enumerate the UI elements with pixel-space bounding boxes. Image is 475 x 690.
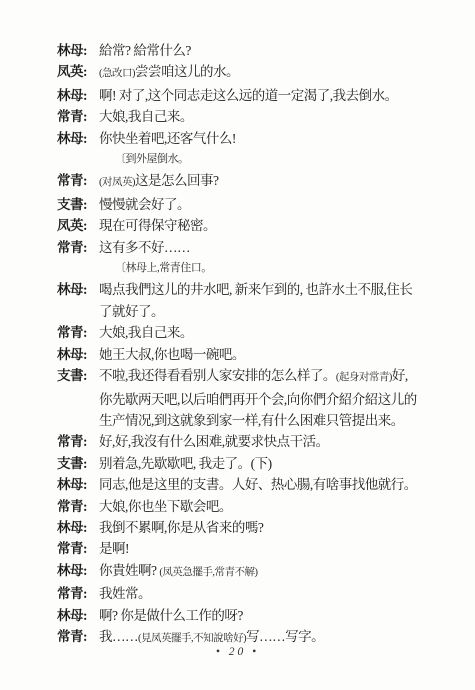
line-text: 大娘,你也坐下歇会吧。	[99, 496, 232, 517]
speaker-label: 常青:	[57, 431, 99, 452]
dialogue-segment: 你貴姓啊?	[99, 563, 159, 578]
line-text: 給常? 給常什么?	[99, 40, 191, 61]
dialogue-segment: 了就好了。	[99, 304, 164, 319]
line-text: 〔到外屋倒水。	[115, 149, 189, 170]
script-line: 林母: 同志,他是这里的支書。人好、热心腸,有啥事找他就行。	[57, 474, 461, 495]
script-line: 林母: 給常? 給常什么?	[57, 40, 461, 61]
line-text: 好,好,我沒有什么困难,就要求快点干活。	[99, 431, 329, 452]
dialogue-segment: 大娘,你也坐下歇会吧。	[99, 499, 232, 514]
line-text: 大娘,我自己来。	[99, 322, 193, 343]
line-text: 慢慢就会好了。	[99, 194, 190, 215]
line-text: 别着急,先歇歇吧, 我走了。(下)	[99, 453, 272, 474]
script-line: 常青: 是啊!	[57, 538, 461, 559]
dialogue-segment: 你先歇两天吧,以后咱們再开个会,向你們介紹介紹这儿的	[99, 392, 417, 407]
line-text: (急改口)尝尝咱这儿的水。	[99, 61, 239, 84]
line-text: 大娘,我自己来。	[99, 106, 193, 127]
line-text: 啊? 你是做什么工作的呀?	[99, 605, 243, 626]
script-line: 林母: 喝点我們这儿的井水吧, 新来乍到的, 也許水土不服,住长	[57, 279, 461, 300]
dialogue-segment: 啊? 你是做什么工作的呀?	[99, 608, 243, 623]
dialogue-segment: 写……写字。	[246, 629, 324, 644]
line-text: 現在可得保守秘密。	[99, 215, 216, 236]
line-text: 你貴姓啊? (凤英急擺手,常青不解)	[99, 560, 258, 583]
dialogue-segment: 大娘,我自己来。	[99, 325, 193, 340]
speaker-label: 常青:	[57, 322, 99, 343]
line-text: 喝点我們这儿的井水吧, 新来乍到的, 也許水土不服,住长	[99, 279, 412, 300]
dialogue-segment: 不啦,我还得看看别人家安排的怎么样了。	[99, 368, 336, 383]
line-text: 她王大叔,你也喝一碗吧。	[99, 344, 245, 365]
script-line: 常青: 好,好,我沒有什么困难,就要求快点干活。	[57, 431, 461, 452]
script-line: 凤英: 現在可得保守秘密。	[57, 215, 461, 236]
dialogue-segment: 啊! 对了,这个同志走这么远的道一定渴了,我去倒水。	[99, 88, 398, 103]
dialogue-segment: 是啊!	[99, 541, 129, 556]
script-line: 〔林母上,常青住口。	[57, 258, 461, 279]
dialogue-segment: 同志,他是这里的支書。人好、热心腸,有啥事找他就行。	[99, 477, 417, 492]
script-line: 林母: 她王大叔,你也喝一碗吧。	[57, 344, 461, 365]
speaker-label: 常青:	[57, 170, 99, 191]
script-line: 〔到外屋倒水。	[57, 149, 461, 170]
dialogue-segment: 慢慢就会好了。	[99, 197, 190, 212]
speaker-label: 支書:	[57, 453, 99, 474]
line-text: 〔林母上,常青住口。	[115, 258, 212, 279]
line-text: 同志,他是这里的支書。人好、热心腸,有啥事找他就行。	[99, 474, 417, 495]
speaker-label: 支書:	[57, 194, 99, 215]
line-text: 你先歇两天吧,以后咱們再开个会,向你們介紹介紹这儿的	[99, 389, 417, 410]
script-line: 常青: 大娘,我自己来。	[57, 322, 461, 343]
script-line: 林母: 我倒不累啊,你是从省来的嗎?	[57, 517, 461, 538]
line-text: 啊! 对了,这个同志走这么远的道一定渴了,我去倒水。	[99, 85, 398, 106]
speaker-label: 凤英:	[57, 61, 99, 82]
dialogue-segment: 現在可得保守秘密。	[99, 218, 216, 233]
speaker-label: 林母:	[57, 605, 99, 626]
speaker-label: 林母:	[57, 85, 99, 106]
speaker-label: 支書:	[57, 365, 99, 386]
script-line: 林母: 啊? 你是做什么工作的呀?	[57, 605, 461, 626]
script-lines: 林母: 給常? 給常什么? 凤英: (急改口)尝尝咱这儿的水。 林母: 啊! 对…	[57, 40, 461, 649]
line-text: 你快坐着吧,还客气什么!	[99, 128, 236, 149]
stage-note-inline: (凤英急擺手,常青不解)	[159, 567, 257, 578]
speaker-label: 常青:	[57, 106, 99, 127]
dialogue-segment: 你快坐着吧,还客气什么!	[99, 131, 236, 146]
speaker-label: 凤英:	[57, 215, 99, 236]
script-line: 了就好了。	[57, 301, 461, 322]
dialogue-segment: 她王大叔,你也喝一碗吧。	[99, 347, 245, 362]
dialogue-segment: 我姓常。	[99, 586, 151, 601]
script-line: 支書: 不啦,我还得看看别人家安排的怎么样了。(起身对常青)好,	[57, 365, 461, 388]
script-line: 常青: (对凤英)这是怎么回事?	[57, 170, 461, 193]
dialogue-segment: 喝点我們这儿的井水吧, 新来乍到的, 也許水土不服,住长	[99, 282, 412, 297]
stage-note-inline: (起身对常青)	[336, 372, 392, 383]
script-line: 林母: 你貴姓啊? (凤英急擺手,常青不解)	[57, 560, 461, 583]
line-text: (对凤英)这是怎么回事?	[99, 170, 219, 193]
speaker-label: 林母:	[57, 344, 99, 365]
dialogue-segment: 我倒不累啊,你是从省来的嗎?	[99, 520, 263, 535]
script-line: 你先歇两天吧,以后咱們再开个会,向你們介紹介紹这儿的	[57, 389, 461, 410]
speaker-label: 林母:	[57, 40, 99, 61]
line-text: 是啊!	[99, 538, 129, 559]
dialogue-segment: 好,好,我沒有什么困难,就要求快点干活。	[99, 434, 329, 449]
speaker-label: 常青:	[57, 538, 99, 559]
line-text: 我姓常。	[99, 583, 151, 604]
dialogue-segment: 这是怎么回事?	[135, 173, 219, 188]
speaker-label: 林母:	[57, 517, 99, 538]
dialogue-segment: 别着急,先歇歇吧, 我走了。(下)	[99, 456, 272, 471]
line-text: 这有多不好……	[99, 237, 190, 258]
line-text: 我倒不累啊,你是从省来的嗎?	[99, 517, 263, 538]
dialogue-segment: 大娘,我自己来。	[99, 109, 193, 124]
stage-note-inline: (見凤英擺手,不知說啥好)	[138, 633, 246, 644]
script-line: 林母: 啊! 对了,这个同志走这么远的道一定渴了,我去倒水。	[57, 85, 461, 106]
speaker-label: 常青:	[57, 496, 99, 517]
dialogue-segment: 生产情况,到这就象到家一样,有什么困难只管提出来。	[99, 413, 404, 428]
script-line: 凤英: (急改口)尝尝咱这儿的水。	[57, 61, 461, 84]
script-line: 生产情况,到这就象到家一样,有什么困难只管提出来。	[57, 410, 461, 431]
speaker-label: 林母:	[57, 279, 99, 300]
dialogue-segment: 〔林母上,常青住口。	[115, 262, 212, 274]
scanned-script-page: 林母: 給常? 給常什么? 凤英: (急改口)尝尝咱这儿的水。 林母: 啊! 对…	[0, 0, 475, 690]
line-text: 了就好了。	[99, 301, 164, 322]
dialogue-segment: 好,	[392, 368, 408, 383]
speaker-label: 林母:	[57, 474, 99, 495]
stage-note-inline: (急改口)	[99, 68, 135, 79]
script-line: 支書: 别着急,先歇歇吧, 我走了。(下)	[57, 453, 461, 474]
script-line: 常青: 我姓常。	[57, 583, 461, 604]
dialogue-segment: 給常? 給常什么?	[99, 43, 191, 58]
dialogue-segment: 我……	[99, 629, 138, 644]
speaker-label: 常青:	[57, 583, 99, 604]
speaker-label: 常青:	[57, 237, 99, 258]
script-line: 常青: 大娘,你也坐下歇会吧。	[57, 496, 461, 517]
script-line: 支書: 慢慢就会好了。	[57, 194, 461, 215]
script-line: 常青: 大娘,我自己来。	[57, 106, 461, 127]
line-text: 生产情况,到这就象到家一样,有什么困难只管提出来。	[99, 410, 404, 431]
dialogue-segment: 这有多不好……	[99, 240, 190, 255]
script-line: 林母: 你快坐着吧,还客气什么!	[57, 128, 461, 149]
line-text: 不啦,我还得看看别人家安排的怎么样了。(起身对常青)好,	[99, 365, 408, 388]
speaker-label: 林母:	[57, 128, 99, 149]
page-number: • 20 •	[0, 646, 475, 658]
dialogue-segment: 尝尝咱这儿的水。	[135, 64, 239, 79]
speaker-label: 林母:	[57, 560, 99, 581]
stage-note-inline: (对凤英)	[99, 177, 135, 188]
dialogue-segment: 〔到外屋倒水。	[115, 153, 189, 165]
script-line: 常青: 这有多不好……	[57, 237, 461, 258]
speaker-label: 常青:	[57, 626, 99, 647]
